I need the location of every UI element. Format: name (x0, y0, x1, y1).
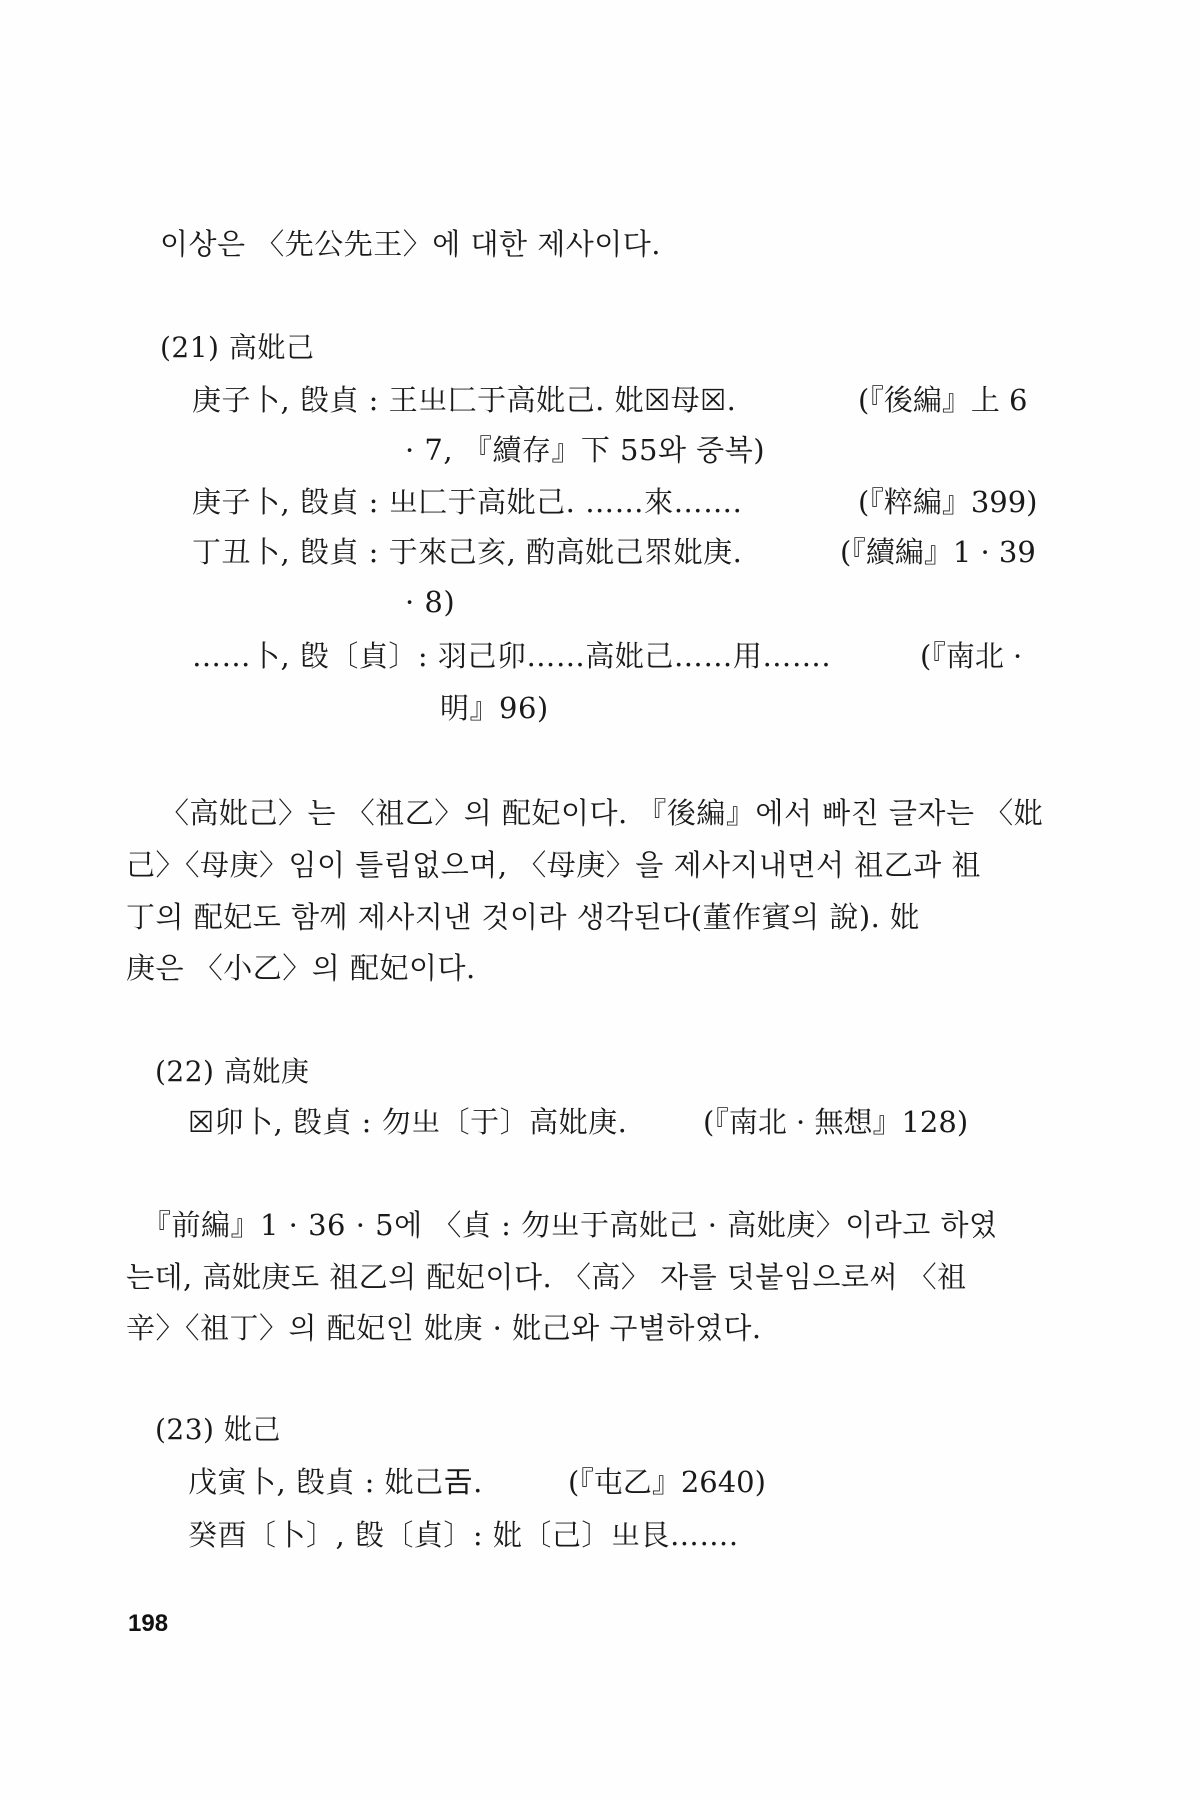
intro-sentence: 이상은 〈先公先王〉에 대한 제사이다. (160, 226, 661, 262)
citation-continuation: · 8) (405, 584, 455, 620)
paragraph-line: 〈高妣己〉는 〈祖乙〉의 配妃이다. 『後編』에서 빠진 글자는 〈妣 (160, 795, 1043, 831)
section-heading-22: (22) 高妣庚 (155, 1054, 309, 1090)
inscription-entry: 庚子卜, 𣪘貞 : 王㞢匚于高妣己. 妣☒母☒. (192, 382, 736, 418)
inscription-entry: 丁丑卜, 𣪘貞 : 于來己亥, 酌高妣己眔妣庚. (192, 534, 742, 570)
inscription-entry: ……卜, 𣪘〔貞〕: 羽己卯……高妣己……用……. (192, 638, 831, 674)
inscription-entry: 庚子卜, 𣪘貞 : 㞢匚于高妣己. ……來……. (192, 484, 742, 520)
citation-continuation: · 7, 『續存』下 55와 중복) (405, 432, 765, 468)
paragraph-line: 丁의 配妃도 함께 제사지낸 것이라 생각된다(董作賓의 說). 妣 (126, 899, 920, 935)
citation-continuation: 明』96) (440, 690, 549, 726)
paragraph-line: 辛〉〈祖丁〉의 配妃인 妣庚 · 妣己와 구별하였다. (126, 1310, 762, 1346)
citation: (『屯乙』2640) (568, 1464, 766, 1500)
paragraph-line: 己〉〈母庚〉임이 틀림없으며, 〈母庚〉을 제사지내면서 祖乙과 祖 (126, 847, 981, 883)
citation: (『粹編』399) (858, 484, 1037, 520)
citation: (『南北 · (920, 638, 1022, 674)
inscription-entry: ☒卯卜, 𣪘貞 : 勿㞢〔于〕高妣庚. (188, 1104, 627, 1140)
paragraph-line: 는데, 高妣庚도 祖乙의 配妃이다. 〈高〉 자를 덧붙임으로써 〈祖 (126, 1259, 967, 1295)
section-heading-23: (23) 妣己 (155, 1412, 281, 1448)
citation: (『後編』上 6 (858, 382, 1027, 418)
paragraph-line: 『前編』1 · 36 · 5에 〈貞 : 勿㞢于高妣己 · 高妣庚〉이라고 하였 (142, 1207, 998, 1243)
page-number: 198 (128, 1610, 168, 1638)
citation: (『南北 · 無想』128) (703, 1104, 968, 1140)
citation: (『續編』1 · 39 (840, 534, 1036, 570)
section-heading-21: (21) 高妣己 (160, 330, 314, 366)
book-page: 이상은 〈先公先王〉에 대한 제사이다. (21) 高妣己 庚子卜, 𣪘貞 : … (0, 0, 1200, 1800)
inscription-entry: 戊寅卜, 𣪘貞 : 妣己𢀛. (188, 1464, 483, 1500)
paragraph-line: 庚은 〈小乙〉의 配妃이다. (126, 950, 476, 986)
inscription-entry: 癸酉〔卜〕, 𣪘〔貞〕: 妣〔己〕㞢艮……. (188, 1517, 739, 1553)
